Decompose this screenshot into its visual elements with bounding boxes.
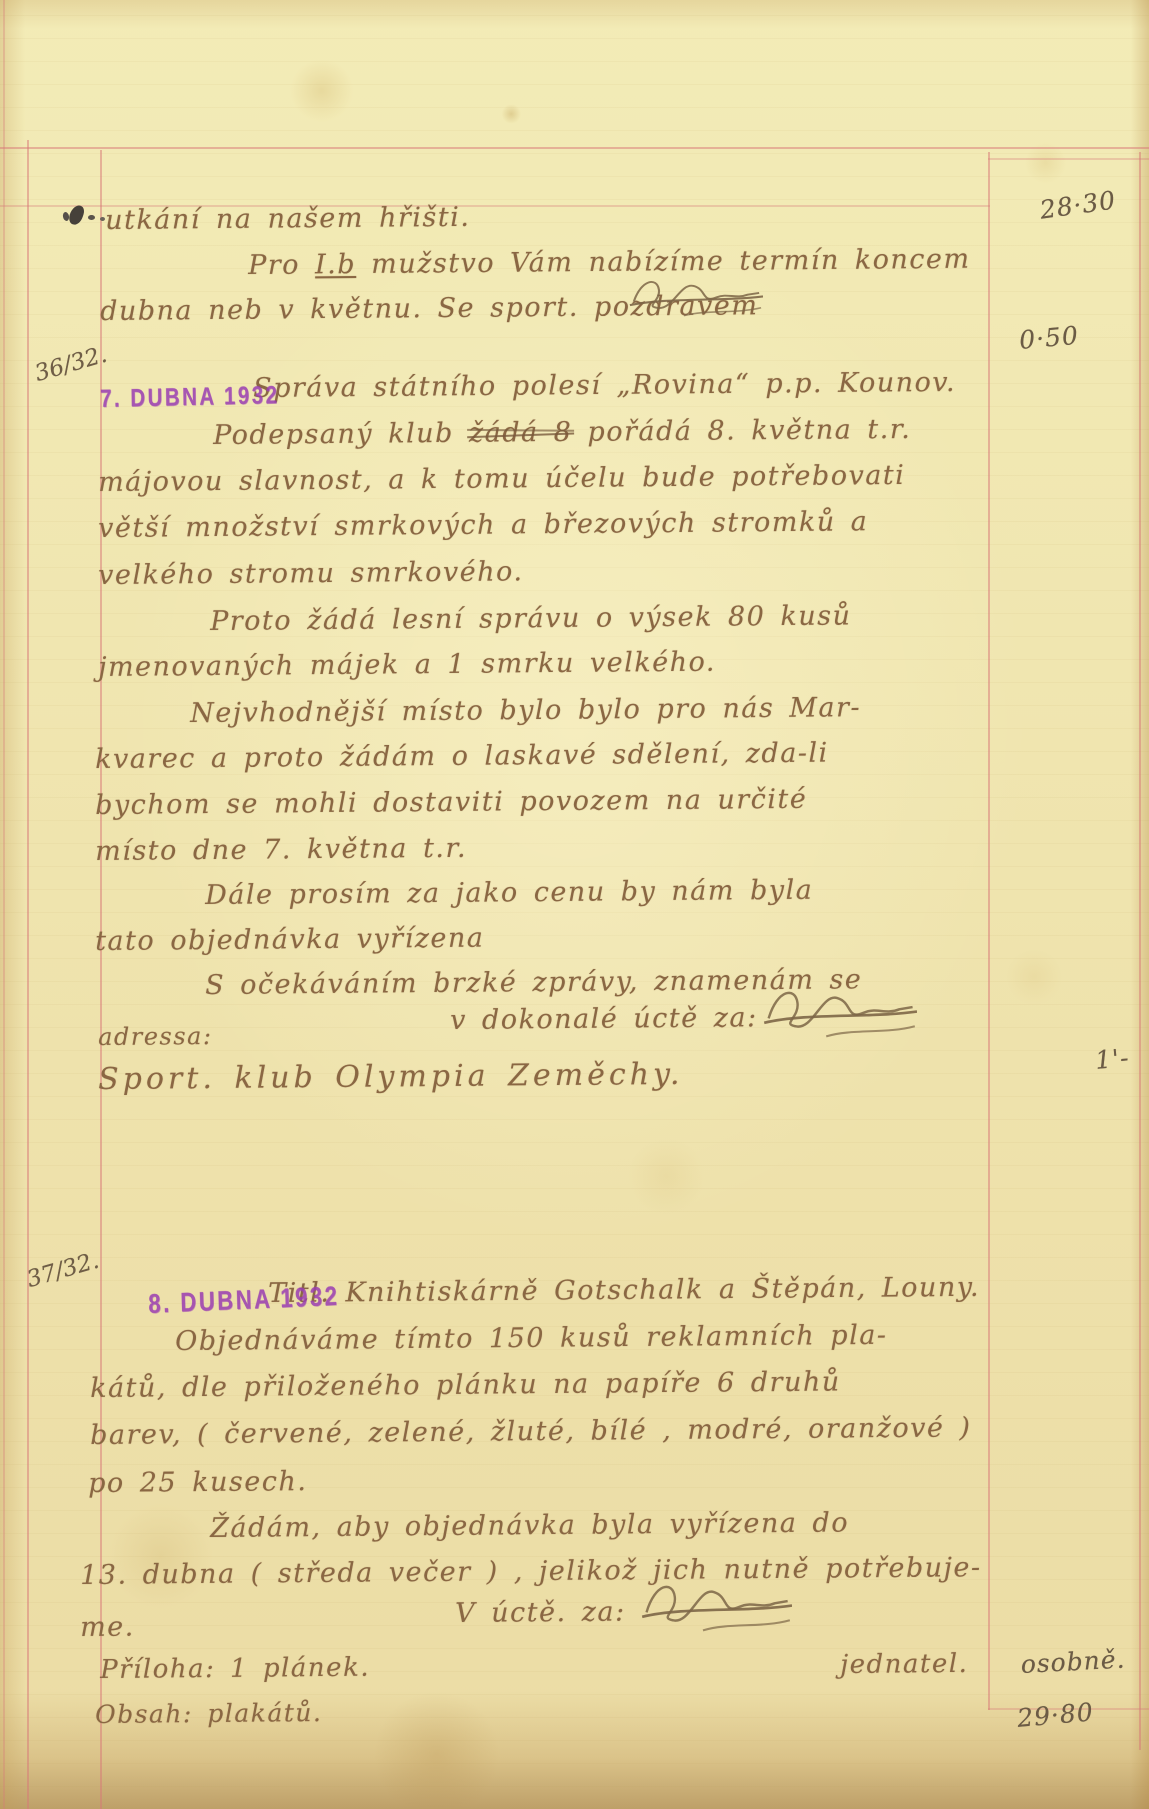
text-run: Správa státního polesí „Rovina“ p.p. Kou… bbox=[253, 367, 956, 404]
ledger-amount: 29·80 bbox=[1016, 1697, 1095, 1733]
handwritten-line: velkého stromu smrkového. bbox=[98, 556, 524, 591]
handwritten-line: v dokonalé úctě za: bbox=[450, 1002, 758, 1036]
handwritten-line: májovou slavnost, a k tomu účelu bude po… bbox=[98, 460, 905, 498]
struck-text: žádá 8 bbox=[469, 417, 573, 449]
text-run: po 25 kusech. bbox=[88, 1466, 308, 1499]
text-run: kátů, dle přiloženého plánku na papíře 6… bbox=[90, 1366, 841, 1404]
crossed-out-signature bbox=[762, 980, 917, 1042]
date-stamp: 7. DUBNA 1932 bbox=[100, 381, 280, 414]
handwritten-line: místo dne 7. května t.r. bbox=[95, 833, 467, 867]
handwritten-line: Nejvhodnější místo bylo bylo pro nás Mar… bbox=[190, 692, 861, 729]
text-run: utkání na našem hřišti. bbox=[105, 202, 470, 236]
crossed-out-signature bbox=[640, 1574, 792, 1636]
ruling-line bbox=[27, 140, 29, 1809]
ink-splotch bbox=[62, 203, 108, 235]
handwritten-line: V úctě. za: bbox=[455, 1597, 626, 1629]
handwritten-line: Příloha: 1 plánek. bbox=[100, 1653, 370, 1685]
text-run: v dokonalé úctě za: bbox=[450, 1002, 758, 1036]
text-run: Proto žádá lesní správu o výsek 80 kusů bbox=[210, 600, 852, 637]
ruling-line bbox=[988, 152, 990, 1710]
text-run: tato objednávka vyřízena bbox=[95, 923, 485, 957]
text-run: Podepsaný klub bbox=[213, 418, 469, 451]
text-run: májovou slavnost, a k tomu účelu bude po… bbox=[98, 460, 905, 498]
ruling-line bbox=[0, 147, 1149, 149]
handwritten-line: Obsah: plakátů. bbox=[95, 1698, 323, 1729]
text-run: jednatel. bbox=[840, 1649, 969, 1680]
handwritten-line: bychom se mohli dostaviti povozem na urč… bbox=[95, 784, 807, 821]
text-run: Objednáváme tímto 150 kusů reklamních pl… bbox=[175, 1320, 888, 1357]
handwritten-line: jmenovaných májek a 1 smrku velkého. bbox=[98, 647, 716, 683]
text-run: Obsah: plakátů. bbox=[95, 1698, 323, 1729]
text-run: větší množství smrkových a březových str… bbox=[98, 506, 868, 544]
ruling-line bbox=[1139, 152, 1141, 1750]
handwritten-line: tato objednávka vyřízena bbox=[95, 923, 485, 957]
entry-ref: 36/32. bbox=[32, 342, 110, 387]
text-run: kvarec a proto žádám o laskavé sdělení, … bbox=[95, 738, 829, 775]
handwritten-line: po 25 kusech. bbox=[88, 1466, 308, 1499]
handwritten-line: adressa: bbox=[98, 1022, 213, 1051]
handwritten-line: Pro I.b mužstvo Vám nabízíme termín konc… bbox=[248, 244, 971, 281]
text-run: Dále prosím za jako cenu by nám byla bbox=[205, 875, 813, 911]
handwritten-line: kvarec a proto žádám o laskavé sdělení, … bbox=[95, 738, 829, 775]
text-run: Sport. klub Olympia Zeměchy. bbox=[98, 1057, 684, 1097]
ledger-amount: 28·30 bbox=[1038, 185, 1118, 224]
text-run: místo dne 7. května t.r. bbox=[95, 833, 467, 867]
text-run: Příloha: 1 plánek. bbox=[100, 1653, 370, 1685]
handwritten-line: Sport. klub Olympia Zeměchy. bbox=[98, 1057, 684, 1097]
text-run: me. bbox=[80, 1612, 135, 1643]
crossed-out-signature bbox=[628, 272, 763, 320]
handwritten-line: Žádám, aby objednávka byla vyřízena do bbox=[210, 1507, 849, 1544]
handwritten-line: Proto žádá lesní správu o výsek 80 kusů bbox=[210, 600, 852, 637]
text-run: pořádá 8. května t.r. bbox=[572, 414, 911, 448]
text-run: Titl. Knihtiskárně Gotschalk a Štěpán, L… bbox=[268, 1272, 980, 1309]
entry-ref: 37/32. bbox=[24, 1248, 102, 1293]
text-run: Pro bbox=[248, 249, 315, 281]
handwritten-line: barev, ( červené, zelené, žluté, bílé , … bbox=[90, 1412, 972, 1451]
text-run: adressa: bbox=[98, 1022, 213, 1051]
handwritten-line: větší množství smrkových a březových str… bbox=[98, 506, 868, 544]
text-run: V úctě. za: bbox=[455, 1597, 626, 1629]
handwritten-line: 13. dubna ( středa večer ) , jelikož jic… bbox=[80, 1552, 982, 1591]
handwritten-line: Správa státního polesí „Rovina“ p.p. Kou… bbox=[253, 367, 956, 404]
ledger-amount: 1'- bbox=[1094, 1043, 1131, 1075]
handwritten-line: jednatel. bbox=[840, 1649, 969, 1680]
handwritten-line: kátů, dle přiloženého plánku na papíře 6… bbox=[90, 1366, 841, 1404]
text-run: 13. dubna ( středa večer ) , jelikož jic… bbox=[80, 1552, 982, 1591]
handwritten-line: Dále prosím za jako cenu by nám byla bbox=[205, 875, 813, 911]
text-run: bychom se mohli dostaviti povozem na urč… bbox=[95, 784, 807, 821]
handwritten-line: Podepsaný klub žádá 8 pořádá 8. května t… bbox=[213, 414, 911, 451]
handwritten-line: Objednáváme tímto 150 kusů reklamních pl… bbox=[175, 1320, 888, 1357]
text-run: Žádám, aby objednávka byla vyřízena do bbox=[210, 1507, 849, 1544]
handwritten-line: Titl. Knihtiskárně Gotschalk a Štěpán, L… bbox=[268, 1272, 980, 1309]
handwritten-line: utkání na našem hřišti. bbox=[105, 202, 470, 236]
ruling-line bbox=[988, 158, 1149, 160]
ledger-page: utkání na našem hřišti.Pro I.b mužstvo V… bbox=[0, 0, 1149, 1809]
text-run: jmenovaných májek a 1 smrku velkého. bbox=[98, 647, 716, 683]
ruling-line bbox=[3, 0, 5, 1809]
ledger-amount: 0·50 bbox=[1018, 321, 1080, 355]
underlined-text: I.b bbox=[315, 249, 356, 280]
text-run: Nejvhodnější místo bylo bylo pro nás Mar… bbox=[190, 692, 861, 729]
text-run: velkého stromu smrkového. bbox=[98, 556, 524, 591]
date-stamp: 8. DUBNA 1932 bbox=[148, 1281, 340, 1320]
text-run: barev, ( červené, zelené, žluté, bílé , … bbox=[90, 1412, 972, 1451]
ledger-amount: osobně. bbox=[1020, 1645, 1126, 1679]
handwritten-line: me. bbox=[80, 1612, 135, 1643]
